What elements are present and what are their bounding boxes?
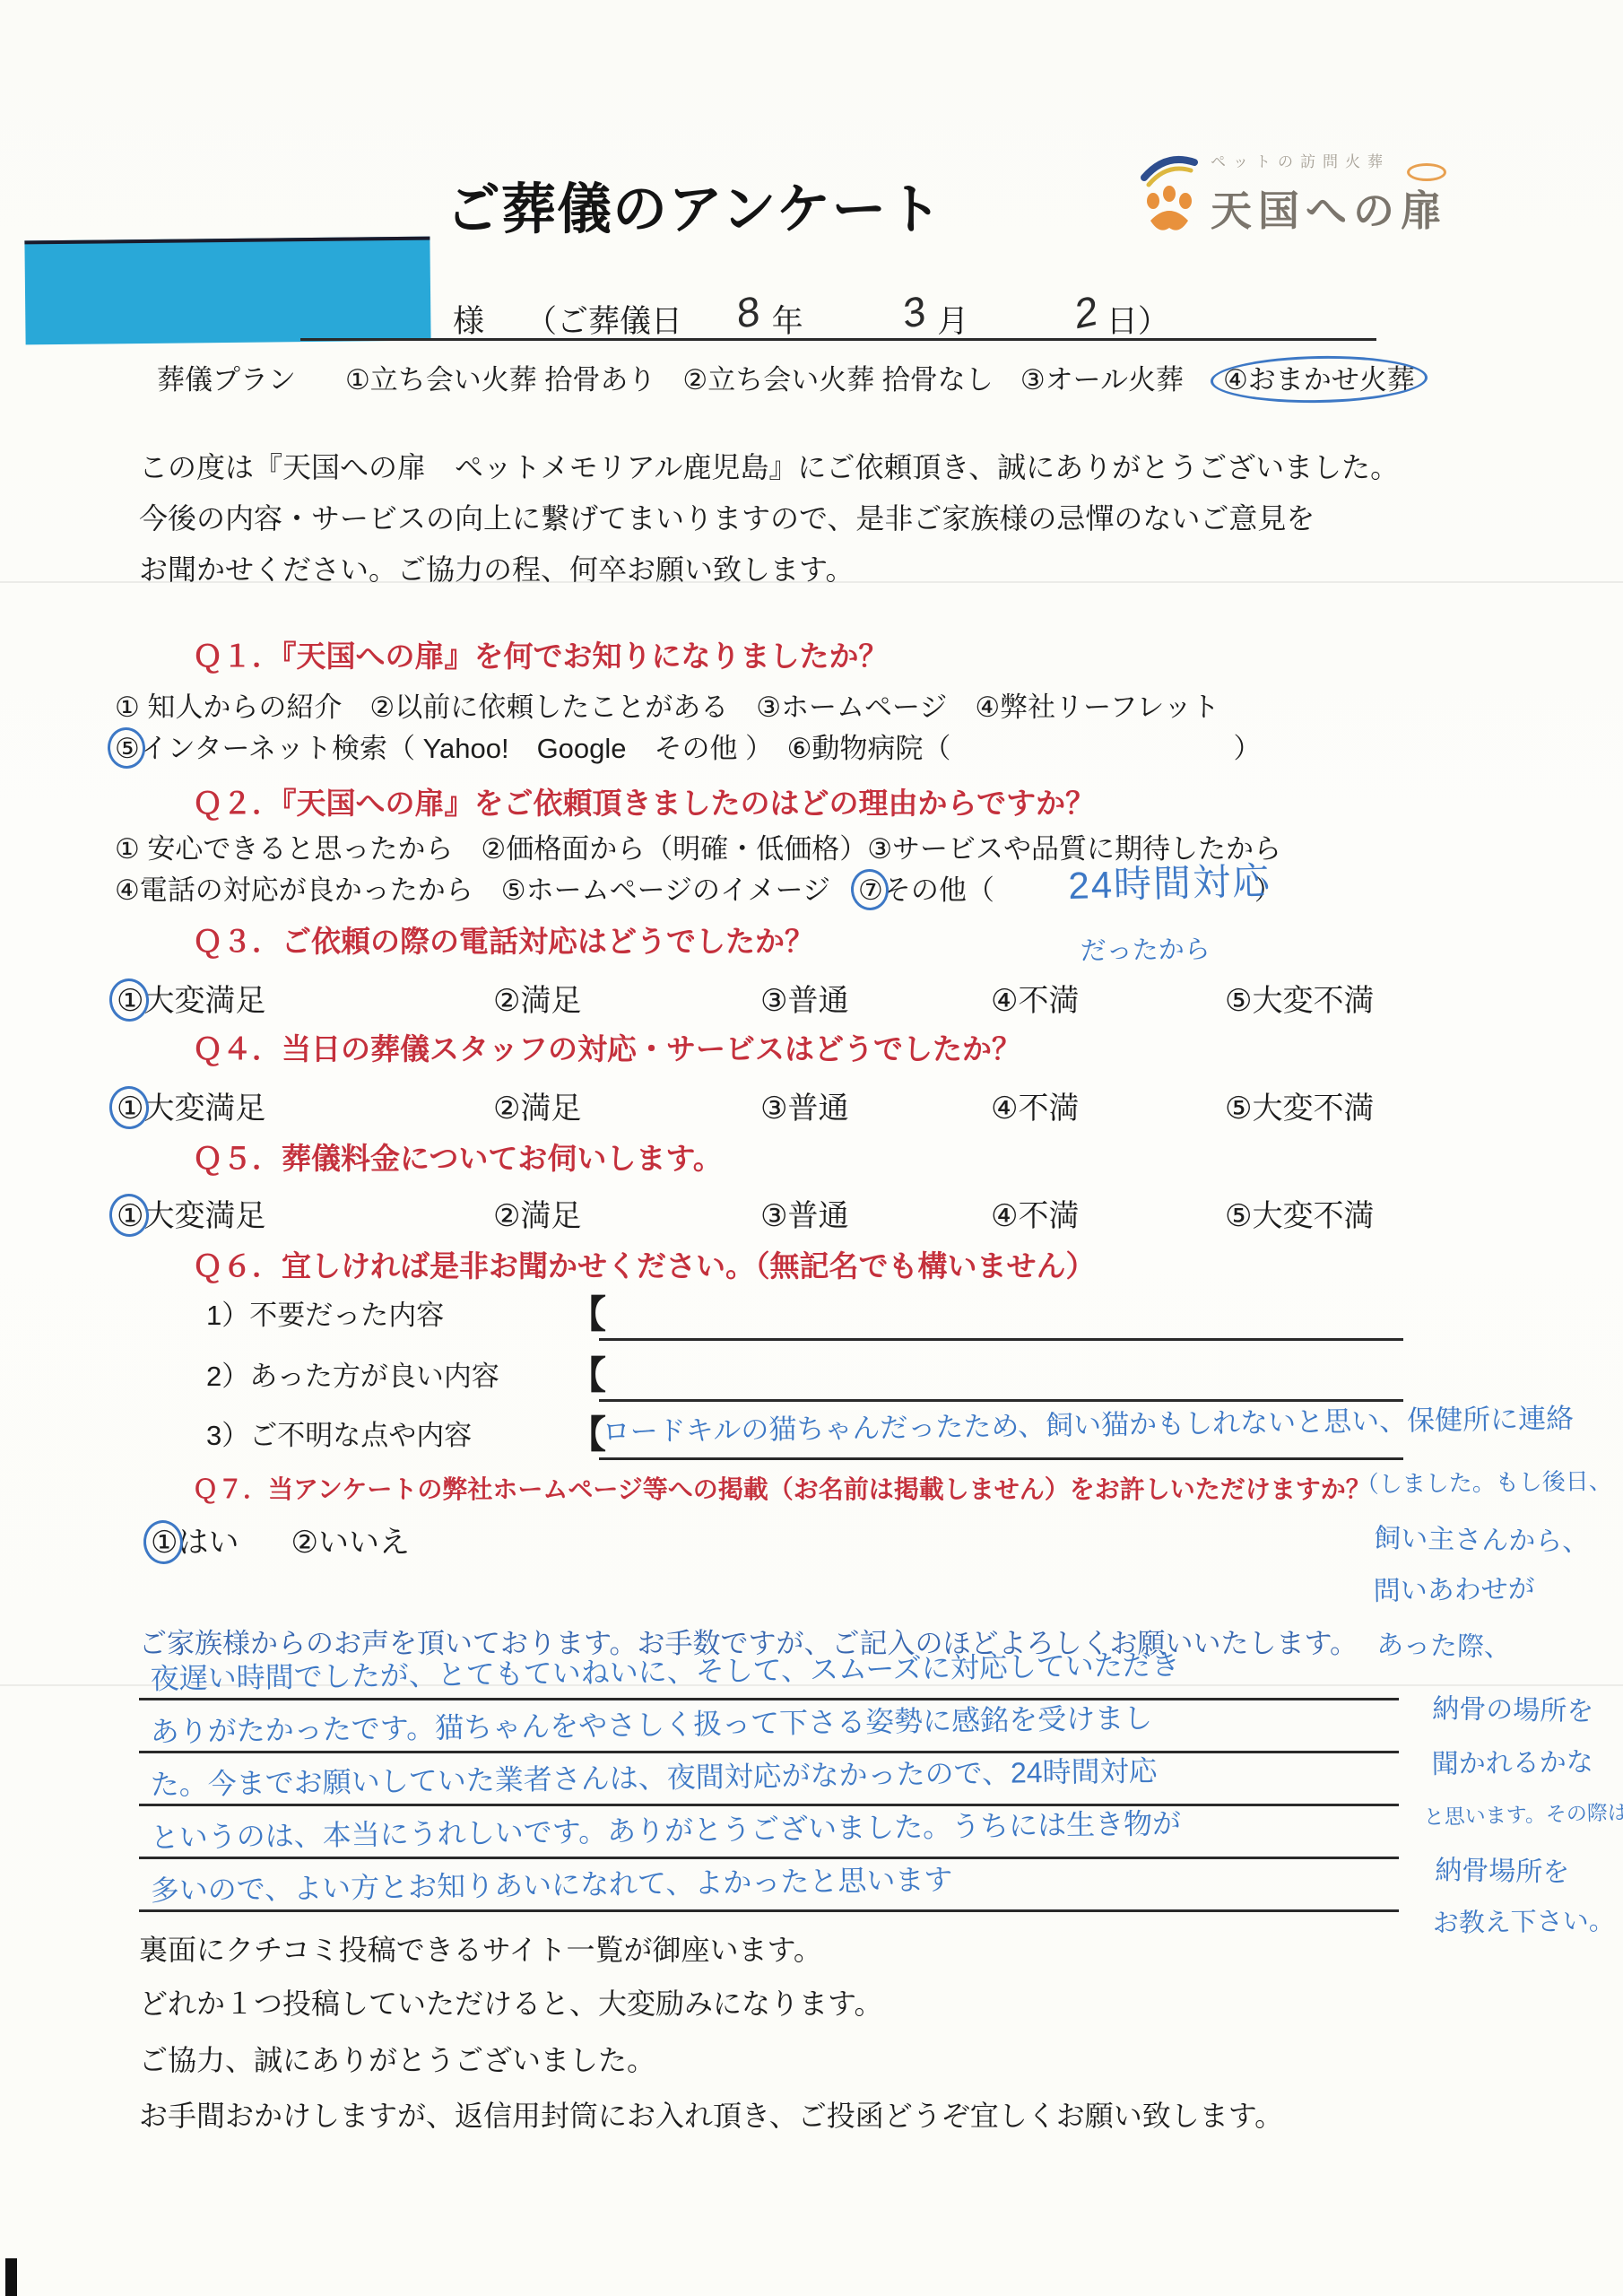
q5-option-very-satisfied: ①大変満足 [117,1191,265,1235]
footer-line-4: お手間おかけしますが、返信用封筒にお入れ頂き、ご投函どうぞ宜しくお願い致します。 [139,2099,1283,2134]
q6-item2-answer-line [599,1399,1403,1402]
margin-note2-line2: 聞かれるかな [1431,1746,1593,1781]
funeral-date-month-value: 3 [897,285,930,339]
q2-other-handwritten-answer-2: だったから [1081,935,1211,968]
q7-yes-pen-circled: ① [151,1525,178,1561]
scan-crease-top [0,581,1623,583]
q2-option7-number: ⑦ [858,874,883,906]
q2-heading: Ｑ２．『天国への扉』をご依頼頂きましたのはどの理由からですか？ [193,786,1095,822]
q2-option4-5-text: ④電話の対応が良かったから ⑤ホームページのイメージ [115,874,858,906]
plan-option-3: ③オール火葬 [1020,364,1184,396]
q5-option-very-dissatisfied: ⑤大変不満 [1225,1191,1374,1235]
page-title: ご葬儀のアンケート [446,176,942,242]
q5-option-satisfied: ②満足 [493,1191,581,1235]
q4-opt1-label: 大変満足 [143,1091,265,1126]
q3-heading: Ｑ３．ご依頼の際の電話対応はどうでしたか？ [193,924,814,960]
q4-option-dissatisfied: ④不満 [991,1083,1079,1127]
redaction-overlay [24,237,430,345]
plan-row: 葬儀プラン①立ち会い火葬 拾骨あり②立ち会い火葬 拾骨なし③オール火葬④おまかせ… [157,363,1415,397]
q4-option-neutral: ③普通 [760,1083,848,1127]
q2-other-handwritten-answer: 24時間対応 [1068,857,1272,909]
survey-scan-page: ペットの訪問火葬 天国への扉 ご葬儀のアンケート 様（ご葬儀日8年3月2日） 葬… [0,0,1623,2296]
margin-note1-line2: 飼い主さんから、 [1374,1523,1590,1560]
q3-option-satisfied: ②満足 [493,976,581,1020]
q5-option-neutral: ③普通 [760,1191,848,1235]
q5-opt1-number: ① [117,1199,143,1233]
comment-line-4: というのは、本当にうれしいです。ありがとうございました。うちには生き物が [150,1806,1181,1856]
q4-option-very-dissatisfied: ⑤大変不満 [1225,1083,1374,1127]
margin-note2-line1: 納骨の場所を [1432,1693,1594,1729]
margin-note1-line4: あった際、 [1376,1630,1511,1665]
halo-icon [1407,163,1446,181]
q6-item2-label: 2）あった方が良い内容 [206,1360,499,1394]
margin-note1-line1: （しました。もし後日、 [1356,1467,1612,1500]
comment-line-2: ありがたかったです。猫ちゃんをやさしく扱って下さる姿勢に感銘を受けまし [150,1700,1152,1750]
q3-opt1-number: ① [117,984,143,1018]
brand-name: 天国への扉 [1211,178,1448,238]
q2-option7-label: その他（ [883,874,994,906]
margin-note2-line3: と思います。その際は [1423,1799,1623,1830]
honorific: 様 [453,304,484,339]
plan-option-4-pen-circled: ④おまかせ火葬 [1223,363,1415,397]
scan-edge-mark [5,2258,17,2296]
q4-heading: Ｑ４．当日の葬儀スタッフの対応・サービスはどうでしたか？ [193,1031,1021,1067]
logo-text-block: ペットの訪問火葬 天国への扉 [1211,149,1448,238]
margin-note1-line3: 問いあわせが [1373,1573,1534,1608]
q4-answer-pen-circled: ① [117,1091,143,1126]
recipient-line: 様（ご葬儀日8年3月2日） [453,292,1169,343]
q7-options-row: ①はい②いいえ [151,1525,410,1561]
brand-logo: ペットの訪問火葬 天国への扉 [1141,149,1448,238]
q6-heading: Ｑ６．宜しければ是非お聞かせください。（無記名でも構いません） [193,1248,1096,1284]
q7-yes-label: はい [178,1526,239,1560]
brand-name-text: 天国への扉 [1211,187,1448,234]
footer-line-3: ご協力、誠にありがとうございました。 [139,2043,655,2078]
comment-line-5: 多いので、よい方とお知りあいになれて、よかったと思います [150,1863,952,1909]
q1-option5-pen-circled: ⑤ [115,732,140,766]
q2-option7-pen-circled: ⑦ [858,874,883,908]
intro-line-1: この度は『天国への扉 ペットメモリアル鹿児島』にご依頼頂き、誠にありがとうござい… [139,450,1399,485]
q3-answer-pen-circled: ① [117,983,143,1019]
q7-heading-bold: （お名前は掲載しません） [768,1475,1070,1503]
q3-option-very-dissatisfied: ⑤大変不満 [1225,976,1374,1020]
q1-option5-6-text: インターネット検索（ Yahoo! Google その他 ） ⑥動物病院（ [140,733,951,764]
q5-heading: Ｑ５．葬儀料金についてお伺いします。 [193,1141,723,1177]
comment-rule-3 [139,1804,1399,1806]
comment-line-3: た。今までお願いしていた業者さんは、夜間対応がなかったので、24時間対応 [150,1753,1157,1803]
year-unit: 年 [772,304,803,339]
comment-rule-2 [139,1751,1399,1753]
q7-yes-number: ① [151,1526,178,1560]
funeral-date-day-value: 2 [1070,285,1103,339]
q1-option5-number: ⑤ [115,733,140,764]
q3-option-dissatisfied: ④不満 [991,976,1079,1020]
q3-option-very-satisfied: ①大変満足 [117,976,265,1020]
funeral-date-label: （ご葬儀日 [525,304,682,339]
margin-note2-line5: お教え下さい。 [1433,1906,1615,1940]
footer-line-1: 裏面にクチコミ投稿できるサイト一覧が御座います。 [139,1933,822,1968]
comment-rule-4 [139,1857,1399,1859]
funeral-date-year-value: 8 [731,285,764,339]
intro-line-2: 今後の内容・サービスの向上に繋げてまいりますので、是非ご家族様の忌憚のないご意見… [139,501,1315,536]
q1-option6-close-paren: ） [1233,733,1261,764]
q7-heading-post: をお許しいただけますか？ [1070,1475,1371,1503]
q6-item1-label: 1）不要だった内容 [206,1299,444,1333]
q1-options-row2: ⑤インターネット検索（ Yahoo! Google その他 ） ⑥動物病院（） [115,732,1261,766]
q3-option-neutral: ③普通 [760,976,848,1020]
q4-option-satisfied: ②満足 [493,1083,581,1127]
logo-paw-rainbow-icon [1141,149,1198,235]
q6-item3-handwritten-answer: ロードキルの猫ちゃんだったため、飼い猫かもしれないと思い、保健所に連絡 [602,1402,1574,1449]
margin-note2-line4: 納骨場所を [1435,1855,1570,1890]
plan-option-4: ④おまかせ火葬 [1223,364,1415,396]
q3-opt1-label: 大変満足 [143,984,265,1018]
q5-answer-pen-circled: ① [117,1198,143,1234]
q6-item3-label: 3）ご不明な点や内容 [206,1419,472,1453]
comment-rule-1 [139,1698,1399,1700]
q6-item3-bracket: 【 [568,1412,606,1457]
plan-label: 葬儀プラン [157,364,296,396]
q5-opt1-label: 大変満足 [143,1199,265,1233]
q4-option-very-satisfied: ①大変満足 [117,1083,265,1127]
plan-option-2: ②立ち会い火葬 拾骨なし [682,364,993,396]
q1-heading: Ｑ１．『天国への扉』を何でお知りになりましたか？ [193,639,889,674]
q5-option-dissatisfied: ④不満 [991,1191,1079,1235]
q6-item1-answer-line [599,1338,1403,1341]
q6-item1-bracket: 【 [568,1291,606,1337]
q7-heading-pre: Ｑ７．当アンケートの弊社ホームページ等への掲載 [193,1475,768,1503]
month-unit: 月 [937,304,968,339]
plan-option-1: ①立ち会い火葬 拾骨あり [345,364,655,396]
q6-item2-bracket: 【 [568,1352,606,1398]
q4-opt1-number: ① [117,1091,143,1126]
day-unit: 日） [1107,304,1169,339]
comment-rule-5 [139,1909,1399,1912]
q7-no-label: ②いいえ [291,1526,409,1560]
q1-options-row1: ① 知人からの紹介 ②以前に依頼したことがある ③ホームページ ④弊社リーフレッ… [115,691,1219,725]
recipient-underline [300,338,1376,341]
q7-heading: Ｑ７．当アンケートの弊社ホームページ等への掲載（お名前は掲載しません）をお許しい… [193,1474,1371,1505]
q6-item3-answer-line [599,1457,1403,1460]
footer-line-2: どれか１つ投稿していただけると、大変励みになります。 [139,1987,882,2022]
